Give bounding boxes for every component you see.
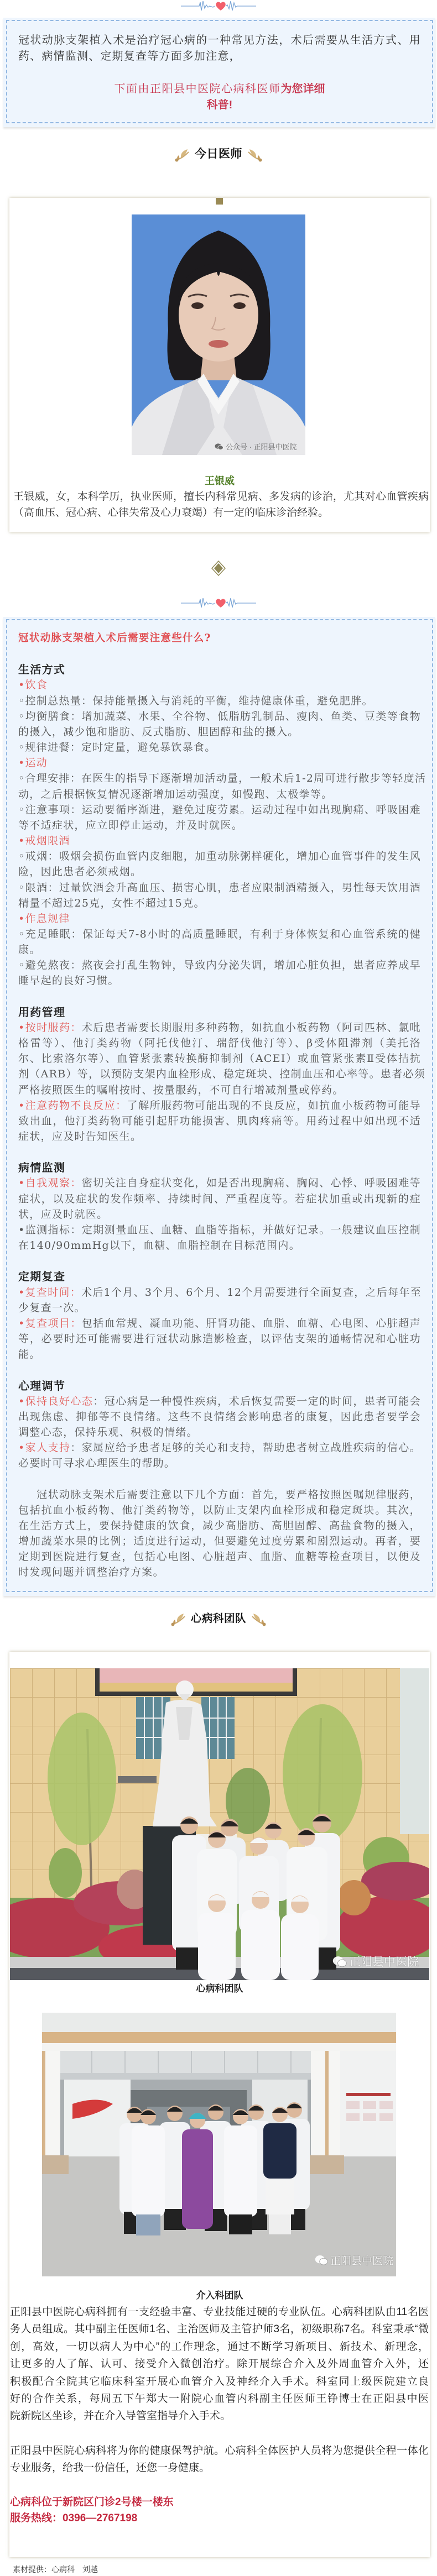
line-text: 等，必要时还可能需要进行冠状动脉造影检查，以评估支架的通畅情况和心脏功 [18, 1333, 421, 1345]
team-photo-interventional: 正阳县中医院 [42, 2013, 396, 2276]
line-text: 少复查一次。 [18, 1302, 86, 1314]
line-text: •监测指标：定期测量血压、血糖、血脂等指标，并做好记录。一般建议血压控制 [18, 1224, 421, 1236]
team-intro-line: 院新院区坐诊，并在介入导管室指导介入手术。 [10, 2407, 429, 2425]
line-text: 症状，应及时告知医生。 [18, 1130, 142, 1143]
blank-line [18, 1144, 421, 1160]
blank-line [18, 646, 421, 662]
article-line: 睡早起的良好习惯。 [18, 973, 421, 988]
article-item: •保持良好心态：冠心病是一种慢性疾病，术后恢复需要一定的时间，患者可能会 [18, 1394, 421, 1409]
article-content: 冠状动脉支架植入术后需要注意些什么?生活方式•饮食◦控制总热量：保持能量摄入与消… [18, 631, 421, 1580]
laurel-right-icon [246, 146, 263, 163]
wechat-icon [332, 1955, 347, 1968]
article-line: 包括抗血小板药物、他汀类药物等，以防止支架内血栓形成和稳定斑块。其次， [18, 1502, 421, 1518]
line-text: 康。 [18, 944, 41, 956]
article-item: ◦规律进餐：定时定量，避免暴饮暴食。 [18, 740, 421, 755]
line-text: 定期到医院进行复查，包括心电图、心脏超声、血脂、血糖等检查项目，以便及 [18, 1551, 421, 1563]
bullet-label: •家人支持 [18, 1442, 70, 1454]
line-text: 心理调节 [18, 1379, 65, 1392]
line-text: 状，应及时就医。 [18, 1208, 108, 1221]
wechat-icon [215, 443, 223, 451]
intro-line: 冠状动脉支架植入术是治疗冠心病的一种常见方法，术后需要从生活方式、用 [18, 33, 421, 49]
article-line: 致出血，他汀类药物可能引起肝功能损害、肌肉疼痛等。用药过程中如出现不适 [18, 1113, 421, 1129]
line-text: 的摄入，减少饱和脂肪、反式脂肪、胆固醇和盐的摄入。 [18, 726, 299, 738]
team-intro-line: 务人员组成。其中副主任医师1名、主治医师及主管护师3名，初级职称7名。科室秉承“… [10, 2321, 429, 2338]
article-item: ◦限酒：过量饮酒会升高血压、损害心肌，患者应限制酒精摄入，男性每天饮用酒 [18, 880, 421, 896]
line-text: ：冠心病是一种慢性疾病，术后恢复需要一定的时间，患者可能会 [93, 1395, 421, 1407]
article-section-heading: 心理调节 [18, 1378, 421, 1394]
wechat-icon [315, 2254, 328, 2266]
article-item: •监测指标：定期测量血压、血糖、血脂等指标，并做好记录。一般建议血压控制 [18, 1222, 421, 1238]
bullet-label: •复查时间： [18, 1286, 81, 1299]
bio-line: 王银威，女，本科学历，执业医师，擅长内科常见病、多发病的诊治，尤其对心血管疾病 [13, 489, 429, 505]
article-line: 状，应及时就医。 [18, 1207, 421, 1222]
blank-line [18, 1471, 421, 1486]
line-text: 时发现问题并调整治疗方案。 [18, 1566, 164, 1578]
line-text: ◦均衡膳食：增加蔬菜、水果、全谷物、低脂肪乳制品、瘦肉、鱼类、豆类等食物 [18, 710, 421, 722]
team-intro-line: 正阳县中医院心病科拥有一支经验丰富、专业技能过硬的专业队伍。心病科团队由11名医 [10, 2303, 429, 2321]
article-line: 格雷等）、他汀类药物（阿托伐他汀、瑞舒伐他汀等）、β受体阻滞剂（美托洛 [18, 1035, 421, 1051]
article-line: 增加蔬菜水果的比例；适度进行运动，但要避免过度劳累和剧烈运动。再者，要 [18, 1533, 421, 1549]
line-text: 动，之后根据恢复情况逐渐增加运动强度，如慢跑、太极拳等。 [18, 788, 332, 800]
bullet-label: •按时服药： [18, 1022, 82, 1034]
cta-regular-text: 下面由正阳县中医院心病科医师 [115, 82, 281, 95]
blank-line [18, 1253, 421, 1269]
line-text: 睡早起的良好习惯。 [18, 975, 119, 987]
article-title: 冠状动脉支架植入术后需要注意些什么? [18, 631, 421, 646]
diamond-ornament-icon [211, 561, 226, 576]
article-line: 调整心态，保持乐观、积极的情绪。 [18, 1425, 421, 1440]
team-intro-line: 让更多的人了解、认可、接受介入微创治疗。除开展综合介入及外周血管介入外，还 [10, 2355, 429, 2373]
bullet-label: •自我观察： [18, 1177, 82, 1189]
article-line: 精量不超过25克，女性不超过15克。 [18, 896, 421, 911]
article-bullet-heading: •饮食 [18, 677, 421, 693]
team-intro-line: 积极配合全院其它临床科室开展心血管介入及神经介入手术。科室同上级医院建立良 [10, 2373, 429, 2390]
line-text: ◦充足睡眠：保证每天7-8小时的高质量睡眠，有利于身体恢复和心血管系统的健 [18, 928, 421, 940]
doctor-photo: 公众号 · 正阳县中医院 [132, 214, 305, 455]
line-text: 用药管理 [18, 1006, 65, 1019]
material-credit: 素材提供：心病科 刘越 [13, 2564, 98, 2575]
article-line: 症状，以及症状的发作频率、持续时间、严重程度等。若症状加重或出现新的症 [18, 1191, 421, 1207]
line-text: 增加蔬菜水果的比例；适度进行运动，但要避免过度劳累和剧烈运动。再者，要 [18, 1535, 421, 1547]
article-item: •自我观察：密切关注自身症状变化，如是否出现胸痛、胸闷、心悸、呼吸困难等 [18, 1175, 421, 1191]
article-section-heading: 生活方式 [18, 662, 421, 677]
line-text: 了解所服药物可能出现的不良反应，如抗血小板药物可能导 [127, 1099, 421, 1112]
line-text: 格雷等）、他汀类药物（阿托伐他汀、瑞舒伐他汀等）、β受体阻滞剂（美托洛 [18, 1037, 421, 1049]
intro-line: 药、病情监测、定期复查等方面多加注意， [18, 49, 421, 65]
line-text: ◦注意事项：运动要循序渐进，避免过度劳累。运动过程中如出现胸痛、呼吸困难 [18, 804, 421, 816]
photo-caption: 心病科团队 [9, 1981, 430, 1997]
cta-line-2: 科普! [18, 97, 421, 113]
article-item: ◦戒烟：吸烟会损伤血管内皮细胞，加重动脉粥样硬化，增加心血管事件的发生风 [18, 849, 421, 864]
article-item: ◦均衡膳食：增加蔬菜、水果、全谷物、低脂肪乳制品、瘦肉、鱼类、豆类等食物 [18, 709, 421, 724]
article-bullet-heading: •作息规律 [18, 911, 421, 926]
doctor-name: 王银威 [9, 473, 430, 489]
line-text: 严格按照医生的嘱咐按时、按量服药，不可自行增减剂量或停药。 [18, 1084, 344, 1096]
line-text: ◦避免熬夜：熬夜会打乱生物钟，导致内分泌失调，增加心脏负担，患者应养成早 [18, 959, 421, 971]
line-text: 致出血，他汀类药物可能引起肝功能损害、肌肉疼痛等。用药过程中如出现不适 [18, 1115, 421, 1127]
team-card: 正阳县中医院 心病科团队 [9, 1652, 430, 2557]
laurel-left-icon [174, 146, 191, 163]
line-text: 能。 [18, 1348, 41, 1360]
article-item: ◦合理安排：在医生的指导下逐渐增加活动量，一般术后1-2周可进行散步等轻度活 [18, 771, 421, 786]
doctor-bio: 王银威，女，本科学历，执业医师，擅长内科常见病、多发病的诊治，尤其对心血管疾病（… [13, 489, 429, 521]
article-item: •复查项目：包括血常规、凝血功能、肝肾功能、血脂、血糖、心电图、心脏超声 [18, 1316, 421, 1331]
article-section-heading: 病情监测 [18, 1160, 421, 1175]
line-text: 在140/90mmHg以下，血糖、血脂控制在目标范围内。 [18, 1239, 300, 1252]
team-intro-line: 好的合作关系，每周五下午郑大一附院心血管内科副主任医师王铮博士在正阳县中医 [10, 2390, 429, 2407]
line-text: 定期复查 [18, 1270, 65, 1283]
team-photo-cardiology: 正阳县中医院 [10, 1668, 429, 1980]
article-line: 动，之后根据恢复情况逐渐增加运动强度，如慢跑、太极拳等。 [18, 787, 421, 802]
blank-line [18, 1362, 421, 1378]
article-line: 能。 [18, 1347, 421, 1362]
blank-line [18, 989, 421, 1004]
line-text: 包括血常规、凝血功能、肝肾功能、血脂、血糖、心电图、心脏超声 [82, 1317, 421, 1329]
article-bullet-heading: •运动 [18, 755, 421, 771]
line-text: ◦合理安排：在医生的指导下逐渐增加活动量，一般术后1-2周可进行散步等轻度活 [18, 772, 426, 784]
laurel-left-icon [170, 1610, 187, 1627]
article-line: 严格按照医生的嘱咐按时、按量服药，不可自行增减剂量或停药。 [18, 1082, 421, 1098]
line-text: 必要时可寻求心理医生的帮助。 [18, 1457, 175, 1469]
doctor-card: 公众号 · 正阳县中医院 王银威 王银威，女，本科学历，执业医师，擅长内科常见病… [9, 198, 430, 532]
photo-watermark: 正阳县中医院 [315, 2253, 393, 2268]
section-title: 心病科团队 [191, 1610, 246, 1627]
article-item: ◦充足睡眠：保证每天7-8小时的高质量睡眠，有利于身体恢复和心血管系统的健 [18, 926, 421, 942]
line-text: 冠状动脉支架植入术后需要注意些什么? [18, 632, 211, 644]
bullet-label: •保持良好心态 [18, 1395, 93, 1407]
intro-cta: 下面由正阳县中医院心病科医师为您详细 科普! [18, 81, 421, 113]
cta-line-1: 下面由正阳县中医院心病科医师为您详细 [18, 81, 421, 97]
line-text: 调整心态，保持乐观、积极的情绪。 [18, 1426, 198, 1438]
article-item: •家人支持：家属应给予患者足够的关心和支持，帮助患者树立战胜疾病的信心。 [18, 1440, 421, 1455]
line-text: 等不适症状，应立即停止运动，并及时就医。 [18, 819, 243, 831]
line-text: 术后患者需要长期服用多种药物，如抗血小板药物（阿司匹林、氯吡 [82, 1022, 421, 1034]
line-text: 术后1个月、3个月、6个月、12个月需要进行全面复查，之后每年至 [81, 1286, 422, 1299]
article-section-heading: 用药管理 [18, 1004, 421, 1020]
article-line: 在140/90mmHg以下，血糖、血脂控制在目标范围内。 [18, 1238, 421, 1253]
line-text: 在生活方式上，要保持健康的饮食，减少高脂肪、高胆固醇、高盐食物的摄入， [18, 1520, 421, 1532]
article-box: 冠状动脉支架植入术后需要注意些什么?生活方式•饮食◦控制总热量：保持能量摄入与消… [3, 617, 435, 1596]
article-summary-paragraph: 冠状动脉支架术后需要注意以下几个方面：首先，要严格按照医嘱规律服药， [18, 1487, 421, 1502]
line-text: ◦限酒：过量饮酒会升高血压、损害心肌，患者应限制酒精摄入，男性每天饮用酒 [18, 882, 421, 894]
article-item: ◦注意事项：运动要循序渐进，避免过度劳累。运动过程中如出现胸痛、呼吸困难 [18, 802, 421, 818]
article-line: 少复查一次。 [18, 1300, 421, 1316]
article-line: 必要时可寻求心理医生的帮助。 [18, 1455, 421, 1471]
team-intro-line: 创，高效，一切以病人为中心”的工作理念，通过不断学习新项目、新技术、新理念， [10, 2338, 429, 2355]
line-text: 包括抗血小板药物、他汀类药物等，以防止支架内血栓形成和稳定斑块。其次， [18, 1504, 421, 1516]
card-tab-marker [216, 198, 223, 205]
photo-watermark: 正阳县中医院 [332, 1953, 419, 1970]
watermark-text: 正阳县中医院 [349, 1953, 419, 1970]
article-line: 等不适症状，应立即停止运动，并及时就医。 [18, 818, 421, 833]
intro-box: 冠状动脉支架植入术是治疗冠心病的一种常见方法，术后需要从生活方式、用药、病情监测… [3, 18, 435, 127]
article-line: 剂（ARB）等，以预防支架内血栓形成、稳定斑块、控制血压和心率等。患者必须 [18, 1066, 421, 1082]
team-intro-paragraph: 正阳县中医院心病科拥有一支经验丰富、专业技能过硬的专业队伍。心病科团队由11名医… [10, 2303, 429, 2425]
article-line: 险，因此患者必须戒烟。 [18, 864, 421, 879]
article-bullet-heading: •戒烟限酒 [18, 833, 421, 849]
article-item: •注意药物不良反应：了解所服药物可能出现的不良反应，如抗血小板药物可能导 [18, 1098, 421, 1113]
article-line: 等，必要时还可能需要进行冠状动脉造影检查，以评估支架的通畅情况和心脏功 [18, 1331, 421, 1347]
article-item: ◦控制总热量：保持能量摄入与消耗的平衡，维持健康体重，避免肥胖。 [18, 693, 421, 709]
heartbeat-divider-icon [181, 597, 256, 609]
line-text: ：家属应给予患者足够的关心和支持，帮助患者树立战胜疾病的信心。 [70, 1442, 421, 1454]
article-section-heading: 定期复查 [18, 1269, 421, 1284]
department-location: 心病科位于新院区门诊2号楼一楼东 [10, 2494, 429, 2511]
section-heading-team: 心病科团队 [0, 1610, 437, 1627]
bullet-label: •饮食 [18, 679, 48, 691]
line-text: 密切关注自身症状变化，如是否出现胸痛、胸闷、心悸、呼吸困难等 [82, 1177, 421, 1189]
intro-paragraph: 冠状动脉支架植入术是治疗冠心病的一种常见方法，术后需要从生活方式、用药、病情监测… [18, 33, 421, 65]
line-text: 剂（ARB）等，以预防支架内血栓形成、稳定斑块、控制血压和心率等。患者必须 [18, 1068, 425, 1080]
article-line: 时发现问题并调整治疗方案。 [18, 1564, 421, 1580]
line-text: 出现焦虑、抑郁等不良情绪。这些不良情绪会影响患者的康复，因此患者要学会 [18, 1411, 421, 1423]
line-text: 冠状动脉支架术后需要注意以下几个方面：首先，要严格按照医嘱规律服药， [37, 1489, 421, 1501]
line-text: 生活方式 [18, 663, 65, 676]
article-line: 尔、比索洛尔等）、血管紧张素转换酶抑制剂（ACEI）或血管紧张素Ⅱ受体拮抗 [18, 1051, 421, 1066]
service-hotline: 服务热线：0396—2767198 [10, 2510, 429, 2527]
article-line: 在生活方式上，要保持健康的饮食，减少高脂肪、高胆固醇、高盐食物的摄入， [18, 1518, 421, 1533]
line-text: ◦戒烟：吸烟会损伤血管内皮细胞，加重动脉粥样硬化，增加心血管事件的发生风 [18, 850, 421, 862]
watermark-text: 正阳县中医院 [330, 2253, 393, 2268]
bullet-label: •戒烟限酒 [18, 835, 70, 847]
watermark-text: 公众号 · 正阳县中医院 [226, 441, 297, 452]
heartbeat-divider-icon [181, 0, 256, 12]
article-line: 康。 [18, 942, 421, 957]
line-text: ◦控制总热量：保持能量摄入与消耗的平衡，维持健康体重，避免肥胖。 [18, 695, 373, 707]
article-line: 定期到医院进行复查，包括心电图、心脏超声、血脂、血糖等检查项目，以便及 [18, 1549, 421, 1564]
line-text: 精量不超过25克，女性不超过15克。 [18, 897, 205, 909]
section-title: 今日医师 [195, 146, 242, 163]
article-item: ◦避免熬夜：熬夜会打乱生物钟，导致内分泌失调，增加心脏负担，患者应养成早 [18, 957, 421, 973]
article-item: •复查时间：术后1个月、3个月、6个月、12个月需要进行全面复查，之后每年至 [18, 1285, 421, 1300]
article-line: 的摄入，减少饱和脂肪、反式脂肪、胆固醇和盐的摄入。 [18, 724, 421, 740]
laurel-right-icon [250, 1610, 267, 1627]
bio-line: （高血压、冠心病、心律失常及心力衰竭）有一定的临床诊治经验。 [13, 505, 429, 521]
team-closing-line: 专业服务，给我一份信任，还您一身健康。 [10, 2459, 429, 2476]
team-closing-line: 正阳县中医院心病科将为你的健康保驾护航。心病科全体医护人员将为您提供全程一体化 [10, 2442, 429, 2459]
line-text: 症状，以及症状的发作频率、持续时间、严重程度等。若症状加重或出现新的症 [18, 1193, 421, 1205]
article-line: 出现焦虑、抑郁等不良情绪。这些不良情绪会影响患者的康复，因此患者要学会 [18, 1409, 421, 1425]
article-item: •按时服药：术后患者需要长期服用多种药物，如抗血小板药物（阿司匹林、氯吡 [18, 1020, 421, 1035]
bullet-label: •作息规律 [18, 913, 70, 925]
photo-watermark: 公众号 · 正阳县中医院 [215, 441, 297, 452]
article-line: 症状，应及时告知医生。 [18, 1129, 421, 1144]
photo-caption: 介入科团队 [9, 2288, 430, 2303]
section-heading-today-doctor: 今日医师 [0, 146, 437, 163]
line-text: ◦规律进餐：定时定量，避免暴饮暴食。 [18, 741, 216, 753]
bullet-label: •复查项目： [18, 1317, 82, 1329]
bullet-label: •注意药物不良反应： [18, 1099, 127, 1112]
team-closing-paragraph: 正阳县中医院心病科将为你的健康保驾护航。心病科全体医护人员将为您提供全程一体化专… [10, 2442, 429, 2477]
line-text: 险，因此患者必须戒烟。 [18, 866, 142, 878]
line-text: 尔、比索洛尔等）、血管紧张素转换酶抑制剂（ACEI）或血管紧张素Ⅱ受体拮抗 [18, 1053, 421, 1065]
bullet-label: •运动 [18, 757, 48, 769]
line-text: 病情监测 [18, 1161, 65, 1174]
cta-bold-text: 为您详细 [281, 83, 325, 95]
